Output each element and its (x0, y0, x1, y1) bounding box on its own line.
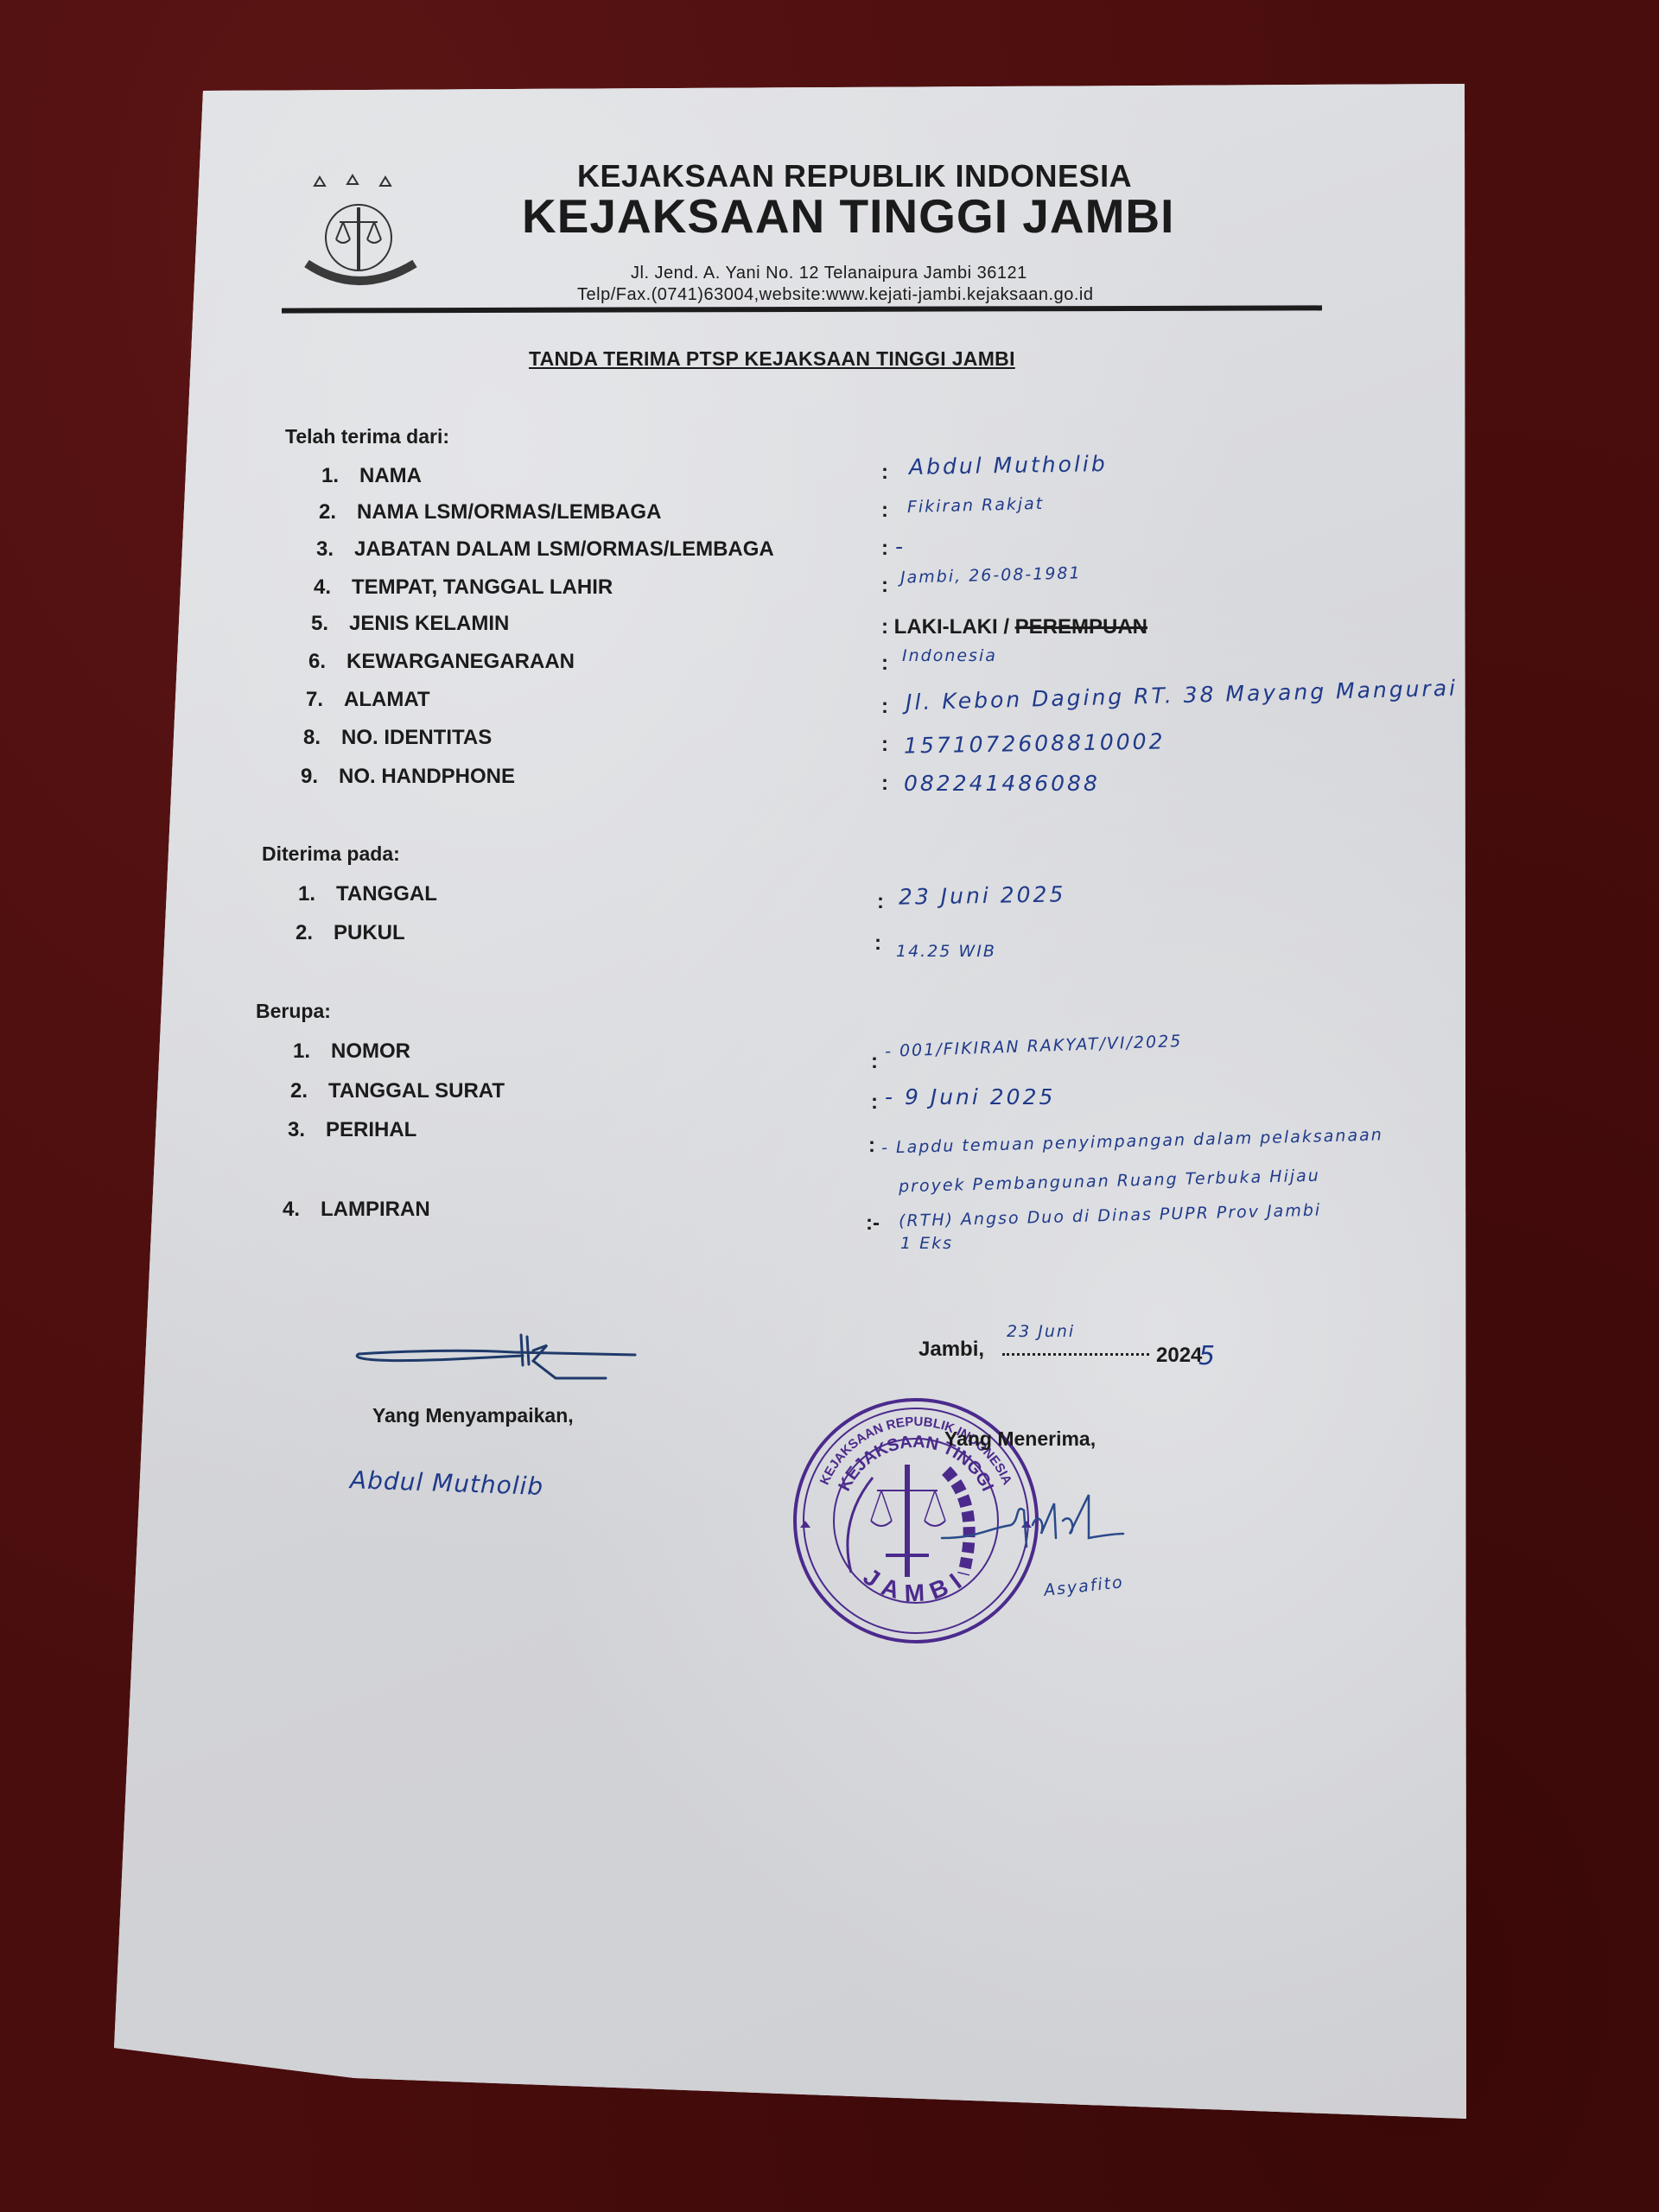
field-label: TEMPAT, TANGGAL LAHIR (352, 575, 613, 599)
field-label: NOMOR (331, 1039, 410, 1063)
svg-text:JAMBI: JAMBI (859, 1563, 974, 1607)
field-label: NAMA LSM/ORMAS/LEMBAGA (357, 500, 661, 524)
field-value-jabatan: - (895, 534, 906, 559)
field-label: TANGGAL (336, 882, 437, 906)
receiver-signature (925, 1486, 1132, 1564)
field-label: PERIHAL (326, 1118, 416, 1141)
year-correction: 5 (1198, 1341, 1217, 1371)
field-label: NO. IDENTITAS (341, 726, 492, 749)
date-dotted-line (1002, 1353, 1149, 1356)
field-label: TANGGAL SURAT (328, 1079, 505, 1103)
field-label: NAMA (359, 464, 422, 487)
field-label: JABATAN DALAM LSM/ORMAS/LEMBAGA (354, 537, 774, 561)
field-value-nama: Abdul Mutholib (909, 451, 1108, 480)
sender-label: Yang Menyampaikan, (372, 1404, 574, 1427)
org-contact: Telp/Fax.(0741)63004,website:www.kejati-… (577, 285, 1093, 305)
year-printed: 2024 (1156, 1344, 1202, 1368)
sender-signature (350, 1326, 644, 1387)
field-value-tanggal-surat: - 9 Juni 2025 (885, 1084, 1055, 1109)
field-label: JENIS KELAMIN (349, 612, 509, 635)
org-address: Jl. Jend. A. Yani No. 12 Telanaipura Jam… (631, 264, 1027, 283)
section-heading-received-on: Diterima pada: (262, 842, 400, 866)
field-value-lampiran: 1 Eks (900, 1234, 953, 1253)
section-heading-form: Berupa: (256, 1000, 331, 1023)
field-label: ALAMAT (344, 688, 430, 711)
section-heading-received-from: Telah terima dari: (285, 425, 449, 448)
field-label: NO. HANDPHONE (339, 765, 515, 788)
document-title: TANDA TERIMA PTSP KEJAKSAAN TINGGI JAMBI (529, 347, 1015, 371)
field-value-tanggal: 23 Juni 2025 (899, 881, 1066, 909)
kejaksaan-emblem-icon (298, 168, 428, 298)
field-label: LAMPIRAN (321, 1198, 430, 1221)
field-label: PUKUL (334, 921, 405, 944)
date-handwritten: 23 Juni (1007, 1322, 1075, 1341)
field-value-pukul: 14.25 WIB (896, 942, 996, 961)
document-paper (0, 0, 1659, 2212)
org-name-line-2: KEJAKSAAN TINGGI JAMBI (522, 188, 1174, 244)
struck-option: PEREMPUAN (1015, 615, 1147, 639)
field-label: KEWARGANEGARAAN (346, 650, 575, 673)
field-value-no-handphone: 082241486088 (904, 771, 1100, 796)
receiver-label: Yang Menerima, (944, 1427, 1096, 1451)
field-value-no-identitas: 1571072608810002 (904, 728, 1166, 758)
field-value-nama-lsm: Fikiran Rakjat (907, 494, 1045, 517)
field-value-jenis-kelamin: : LAKI-LAKI / PEREMPUAN (881, 615, 1147, 639)
field-value-kewarganegaraan: Indonesia (902, 646, 997, 665)
